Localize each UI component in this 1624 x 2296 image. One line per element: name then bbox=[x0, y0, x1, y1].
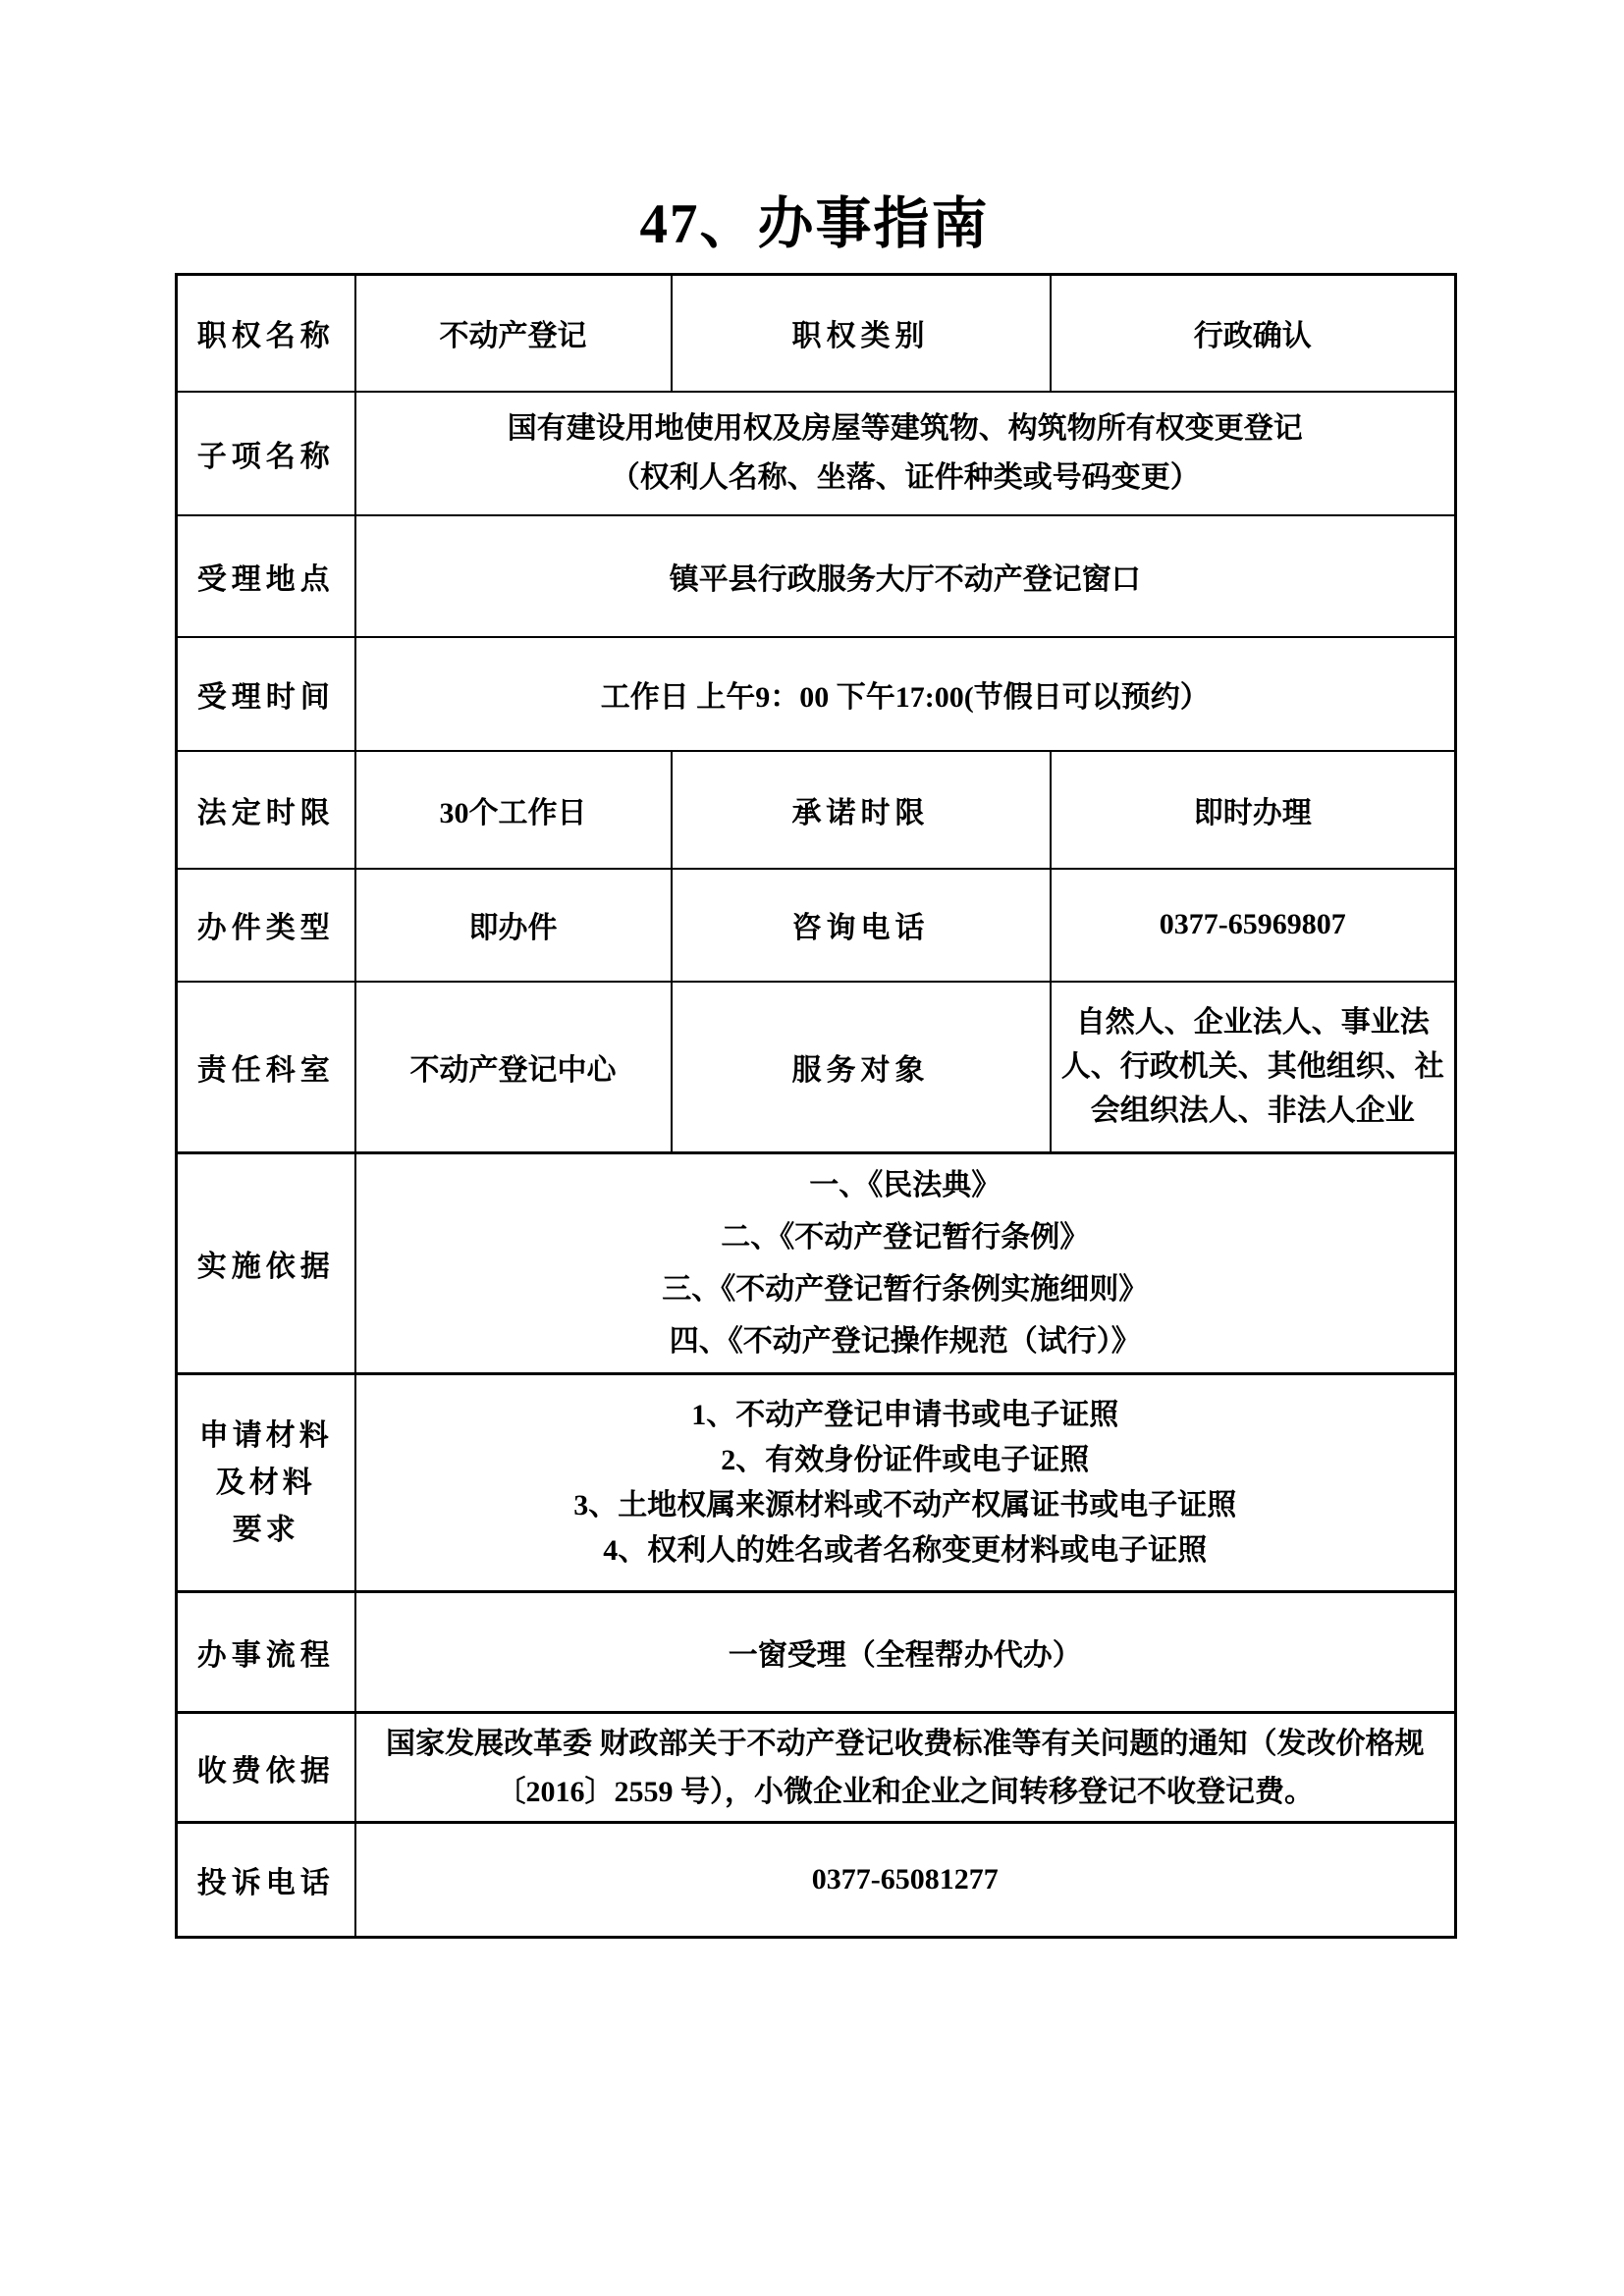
acceptance-time-value: 工作日 上午9：00 下午17:00(节假日可以预约） bbox=[355, 637, 1456, 751]
row-label-fee-basis: 收费依据 bbox=[177, 1713, 355, 1823]
service-target-value: 自然人、企业法人、事业法人、行政机关、其他组织、社会组织法人、非法人企业 bbox=[1051, 982, 1456, 1153]
row-label-processing-type: 办件类型 bbox=[177, 869, 355, 982]
table-row-implementation-basis: 实施依据 一、《民法典》 二、《不动产登记暂行条例》 三、《不动产登记暂行条例实… bbox=[177, 1153, 1456, 1374]
table-row-statutory-limit: 法定时限 30个工作日 承诺时限 即时办理 bbox=[177, 751, 1456, 869]
list-item: 3、土地权属来源材料或不动产权属证书或电子证照 bbox=[364, 1483, 1447, 1528]
subitem-name-value: 国有建设用地使用权及房屋等建筑物、构筑物所有权变更登记 （权利人名称、坐落、证件… bbox=[355, 392, 1456, 515]
promised-limit-value: 即时办理 bbox=[1051, 751, 1456, 869]
subitem-line-2: （权利人名称、坐落、证件种类或号码变更） bbox=[364, 454, 1447, 503]
table-row-responsible-dept: 责任科室 不动产登记中心 服务对象 自然人、企业法人、事业法人、行政机关、其他组… bbox=[177, 982, 1456, 1153]
row-label-process: 办事流程 bbox=[177, 1592, 355, 1713]
list-item: 4、权利人的姓名或者名称变更材料或电子证照 bbox=[364, 1528, 1447, 1574]
list-item: 四、《不动产登记操作规范（试行）》 bbox=[364, 1315, 1447, 1367]
subitem-line-1: 国有建设用地使用权及房屋等建筑物、构筑物所有权变更登记 bbox=[364, 404, 1447, 454]
row-label-authority-type: 职权类别 bbox=[672, 275, 1051, 392]
document-page: 47、办事指南 职权名称 不动产登记 职权类别 行政确认 子项名称 国有建设用地… bbox=[0, 0, 1624, 2296]
list-item: 二、《不动产登记暂行条例》 bbox=[364, 1211, 1447, 1263]
inquiry-phone-value: 0377-65969807 bbox=[1051, 869, 1456, 982]
process-value: 一窗受理（全程帮办代办） bbox=[355, 1592, 1456, 1713]
responsible-dept-value: 不动产登记中心 bbox=[355, 982, 672, 1153]
table-row-acceptance-time: 受理时间 工作日 上午9：00 下午17:00(节假日可以预约） bbox=[177, 637, 1456, 751]
label-line: 要求 bbox=[186, 1507, 347, 1554]
authority-type-value: 行政确认 bbox=[1051, 275, 1456, 392]
table-row-application-materials: 申请材料 及材料 要求 1、不动产登记申请书或电子证照 2、有效身份证件或电子证… bbox=[177, 1374, 1456, 1592]
table-row-subitem-name: 子项名称 国有建设用地使用权及房屋等建筑物、构筑物所有权变更登记 （权利人名称、… bbox=[177, 392, 1456, 515]
list-item: 一、《民法典》 bbox=[364, 1159, 1447, 1211]
table-row-acceptance-place: 受理地点 镇平县行政服务大厅不动产登记窗口 bbox=[177, 515, 1456, 637]
row-label-application-materials: 申请材料 及材料 要求 bbox=[177, 1374, 355, 1592]
row-label-implementation-basis: 实施依据 bbox=[177, 1153, 355, 1374]
row-label-inquiry-phone: 咨询电话 bbox=[672, 869, 1051, 982]
fee-basis-value: 国家发展改革委 财政部关于不动产登记收费标准等有关问题的通知（发改价格规〔201… bbox=[355, 1713, 1456, 1823]
table-row-process: 办事流程 一窗受理（全程帮办代办） bbox=[177, 1592, 1456, 1713]
list-item: 2、有效身份证件或电子证照 bbox=[364, 1438, 1447, 1483]
row-label-service-target: 服务对象 bbox=[672, 982, 1051, 1153]
service-guide-table: 职权名称 不动产登记 职权类别 行政确认 子项名称 国有建设用地使用权及房屋等建… bbox=[175, 273, 1457, 1939]
statutory-limit-value: 30个工作日 bbox=[355, 751, 672, 869]
page-title: 47、办事指南 bbox=[175, 192, 1454, 257]
authority-name-value: 不动产登记 bbox=[355, 275, 672, 392]
row-label-promised-limit: 承诺时限 bbox=[672, 751, 1051, 869]
row-label-complaint-phone: 投诉电话 bbox=[177, 1823, 355, 1938]
row-label-authority-name: 职权名称 bbox=[177, 275, 355, 392]
acceptance-place-value: 镇平县行政服务大厅不动产登记窗口 bbox=[355, 515, 1456, 637]
application-materials-list: 1、不动产登记申请书或电子证照 2、有效身份证件或电子证照 3、土地权属来源材料… bbox=[355, 1374, 1456, 1592]
table-row-processing-type: 办件类型 即办件 咨询电话 0377-65969807 bbox=[177, 869, 1456, 982]
implementation-basis-list: 一、《民法典》 二、《不动产登记暂行条例》 三、《不动产登记暂行条例实施细则》 … bbox=[355, 1153, 1456, 1374]
row-label-acceptance-time: 受理时间 bbox=[177, 637, 355, 751]
table-row-complaint-phone: 投诉电话 0377-65081277 bbox=[177, 1823, 1456, 1938]
list-item: 三、《不动产登记暂行条例实施细则》 bbox=[364, 1263, 1447, 1315]
label-line: 及材料 bbox=[186, 1460, 347, 1507]
row-label-statutory-limit: 法定时限 bbox=[177, 751, 355, 869]
table-row-authority-name: 职权名称 不动产登记 职权类别 行政确认 bbox=[177, 275, 1456, 392]
row-label-responsible-dept: 责任科室 bbox=[177, 982, 355, 1153]
complaint-phone-value: 0377-65081277 bbox=[355, 1823, 1456, 1938]
processing-type-value: 即办件 bbox=[355, 869, 672, 982]
list-item: 1、不动产登记申请书或电子证照 bbox=[364, 1393, 1447, 1438]
row-label-acceptance-place: 受理地点 bbox=[177, 515, 355, 637]
row-label-subitem-name: 子项名称 bbox=[177, 392, 355, 515]
label-line: 申请材料 bbox=[186, 1413, 347, 1460]
table-row-fee-basis: 收费依据 国家发展改革委 财政部关于不动产登记收费标准等有关问题的通知（发改价格… bbox=[177, 1713, 1456, 1823]
